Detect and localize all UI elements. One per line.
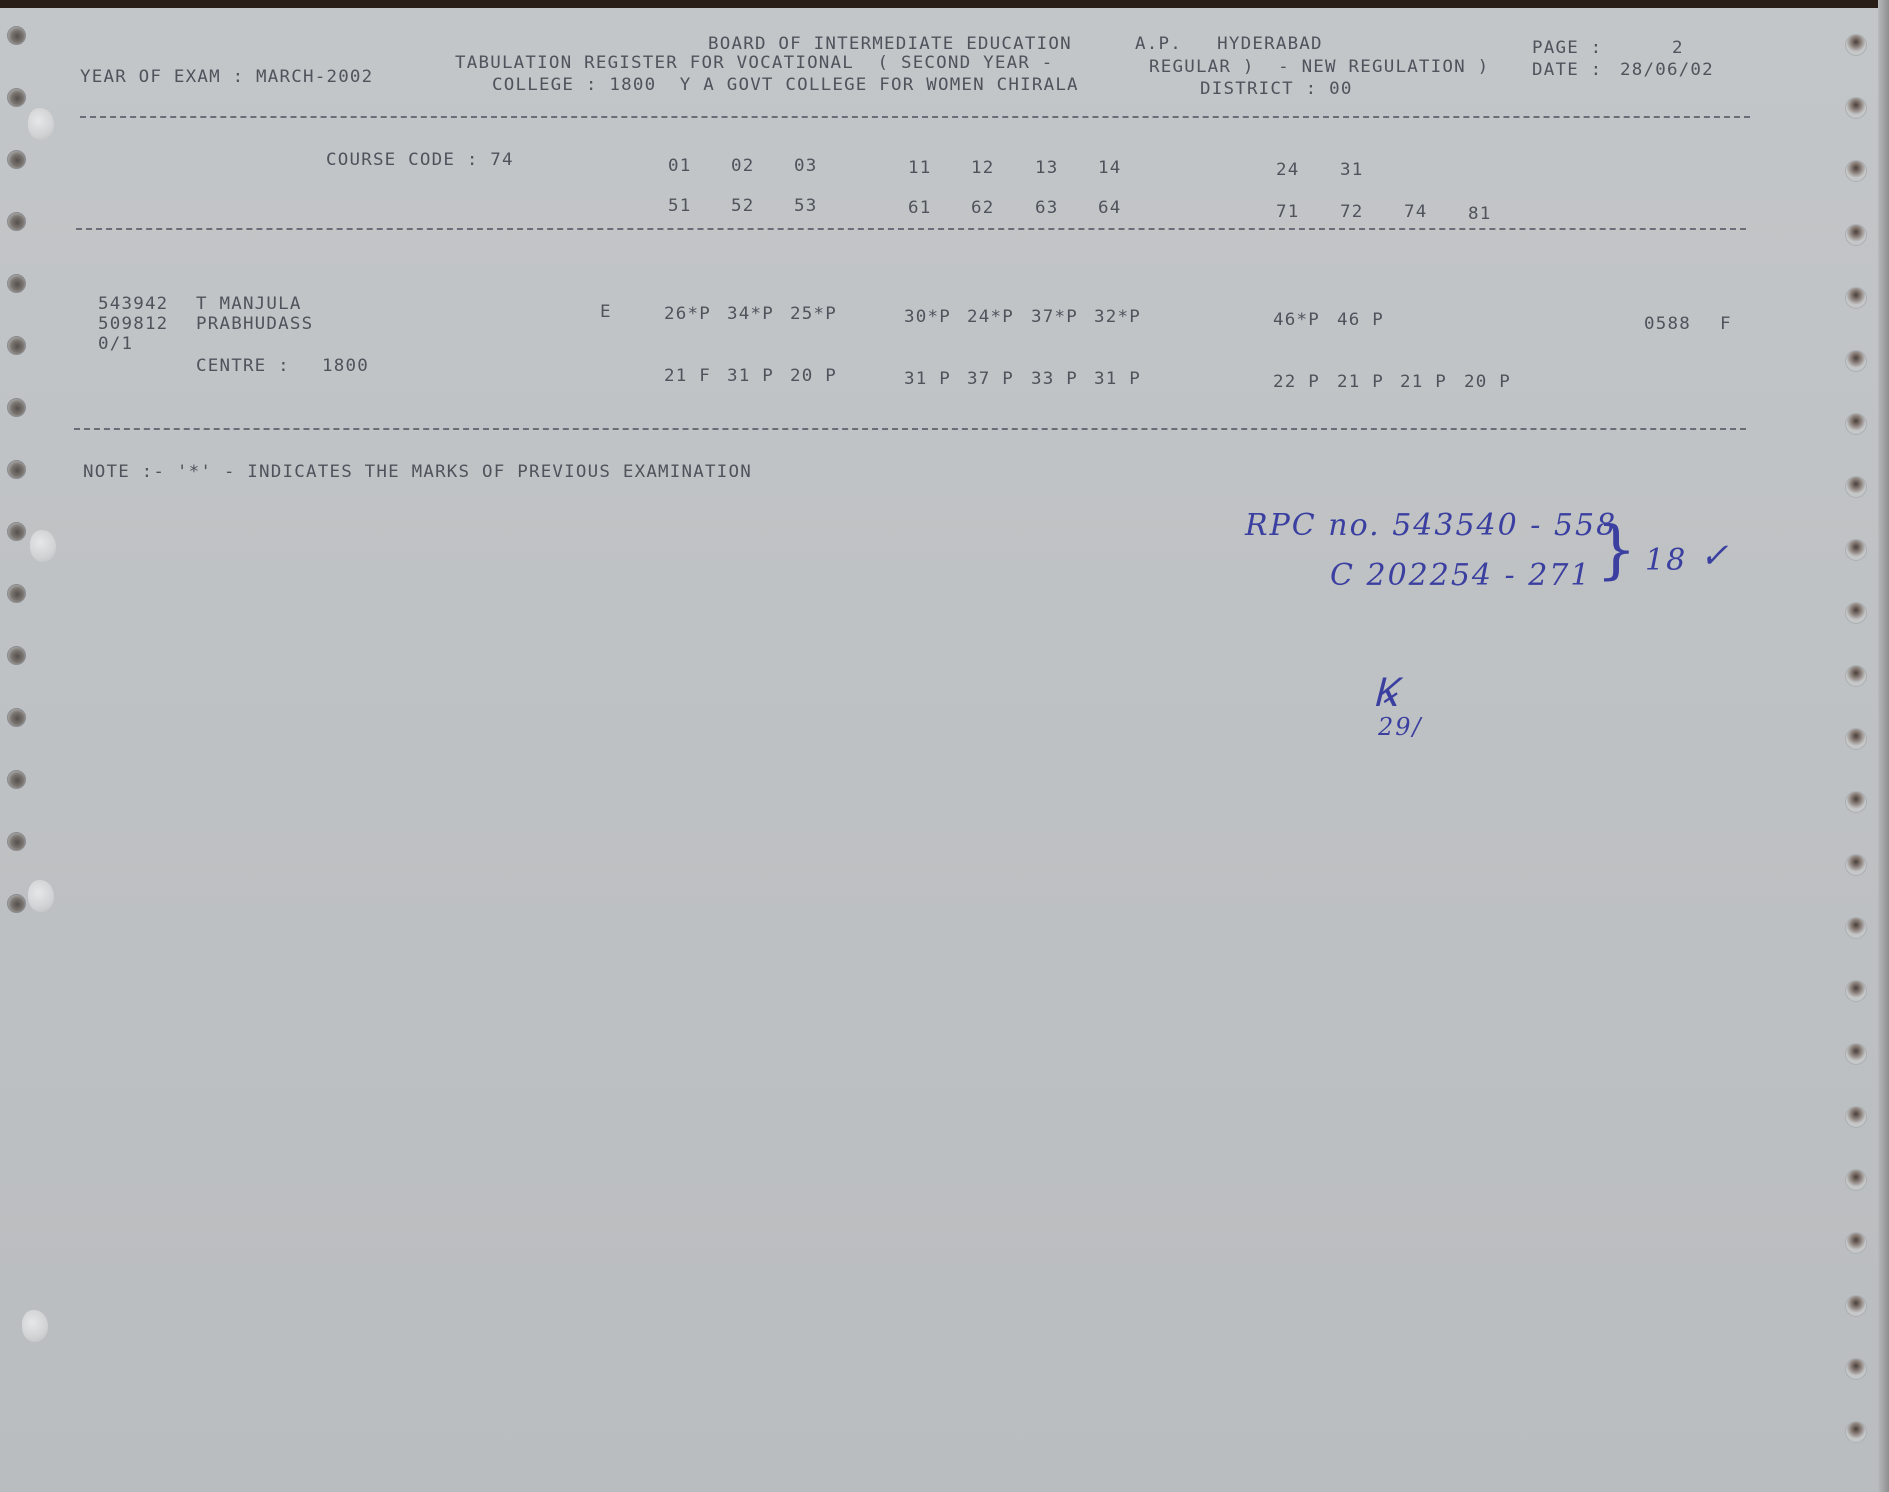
- medium: E: [600, 303, 612, 322]
- sprocket-hole-icon: [1845, 160, 1867, 182]
- paper-right-edge: [1878, 0, 1889, 1492]
- sprocket-hole-icon: [1845, 665, 1867, 687]
- mark-cell: 31 P: [904, 370, 951, 389]
- mark-cell: 30*P: [904, 308, 951, 327]
- total-marks: 0588: [1644, 315, 1691, 334]
- subject-code: 72: [1340, 203, 1363, 222]
- mark-cell: 37*P: [1031, 308, 1078, 327]
- sprocket-hole-icon: [1845, 980, 1867, 1002]
- tabulation-register-sheet: BOARD OF INTERMEDIATE EDUCATION A.P. HYD…: [0, 8, 1878, 1492]
- sprocket-hole-icon: [1845, 1043, 1867, 1065]
- mark-cell: 31 P: [1094, 370, 1141, 389]
- district-line: DISTRICT : 00: [1200, 80, 1353, 99]
- sprocket-hole-icon: [1845, 476, 1867, 498]
- subject-code: 03: [794, 157, 817, 176]
- subject-code: 24: [1276, 161, 1299, 180]
- handwritten-brace: }: [1596, 513, 1639, 587]
- subject-code: 11: [908, 159, 931, 178]
- handwritten-signature: Ꝃ: [1372, 663, 1399, 718]
- sprocket-hole-icon: [1845, 917, 1867, 939]
- mark-cell: 25*P: [790, 305, 837, 324]
- divider-codes: [76, 228, 1746, 230]
- year-of-exam: YEAR OF EXAM : MARCH-2002: [80, 68, 373, 87]
- punch-hole-icon: [7, 770, 26, 789]
- sprocket-hole-icon: [1845, 791, 1867, 813]
- sprocket-hole-icon: [1845, 287, 1867, 309]
- handwritten-initial-mark: ✓: [1700, 536, 1731, 576]
- subject-code: 81: [1468, 205, 1491, 224]
- previous-number: 509812: [98, 315, 168, 334]
- sprocket-hole-icon: [1845, 1421, 1867, 1443]
- mark-cell: 34*P: [727, 305, 774, 324]
- mark-cell: 22 P: [1273, 373, 1320, 392]
- subject-code: 01: [668, 157, 691, 176]
- subject-code: 31: [1340, 161, 1363, 180]
- subject-code: 53: [794, 197, 817, 216]
- date-value: 28/06/02: [1620, 61, 1714, 80]
- course-code-label: COURSE CODE : 74: [326, 151, 514, 170]
- hall-ticket-number: 543942: [98, 295, 168, 314]
- punch-hole-icon: [7, 894, 26, 913]
- punch-hole-icon: [7, 832, 26, 851]
- punch-hole-icon: [7, 212, 26, 231]
- footnote: NOTE :- '*' - INDICATES THE MARKS OF PRE…: [83, 463, 752, 482]
- divider-records: [74, 428, 1746, 430]
- date-label: DATE :: [1532, 61, 1602, 80]
- sprocket-hole-icon: [1845, 1232, 1867, 1254]
- handwritten-rpc-line2: C 202254 - 271: [1330, 558, 1591, 593]
- subject-code: 13: [1035, 159, 1058, 178]
- subject-code: 12: [971, 159, 994, 178]
- mark-cell: 21 P: [1337, 373, 1384, 392]
- mark-cell: 46*P: [1273, 311, 1320, 330]
- sprocket-hole-icon: [1845, 728, 1867, 750]
- punch-hole-icon: [7, 398, 26, 417]
- sprocket-hole-icon: [1845, 539, 1867, 561]
- punch-hole-icon: [7, 274, 26, 293]
- register-title: TABULATION REGISTER FOR VOCATIONAL ( SEC…: [455, 54, 1054, 73]
- mark-cell: 21 F: [664, 367, 711, 386]
- mark-cell: 24*P: [967, 308, 1014, 327]
- subject-code: 02: [731, 157, 754, 176]
- subject-code: 14: [1098, 159, 1121, 178]
- page-number: 2: [1672, 39, 1684, 58]
- subject-code: 61: [908, 199, 931, 218]
- mark-cell: 26*P: [664, 305, 711, 324]
- punch-hole-icon: [7, 522, 26, 541]
- mark-cell: 37 P: [967, 370, 1014, 389]
- sprocket-hole-icon: [1845, 602, 1867, 624]
- result: F: [1720, 315, 1732, 334]
- punch-hole-icon: [7, 88, 26, 107]
- student-name: T MANJULA: [196, 295, 302, 314]
- attempt: 0/1: [98, 335, 133, 354]
- punch-hole-icon: [7, 460, 26, 479]
- sprocket-hole-icon: [1845, 854, 1867, 876]
- paper-tear: [22, 1310, 48, 1342]
- sprocket-hole-icon: [1845, 97, 1867, 119]
- centre-label: CENTRE :: [196, 357, 290, 376]
- centre-value: 1800: [322, 357, 369, 376]
- sprocket-hole-icon: [1845, 1169, 1867, 1191]
- paper-tear: [28, 108, 54, 140]
- mark-cell: 33 P: [1031, 370, 1078, 389]
- mark-cell: 21 P: [1400, 373, 1447, 392]
- sprocket-hole-icon: [1845, 1295, 1867, 1317]
- sprocket-hole-icon: [1845, 350, 1867, 372]
- divider-header: [80, 116, 1750, 118]
- page-label: PAGE :: [1532, 39, 1602, 58]
- handwritten-count: 18: [1645, 543, 1687, 578]
- punch-hole-icon: [7, 336, 26, 355]
- punch-hole-icon: [7, 646, 26, 665]
- college-line: COLLEGE : 1800 Y A GOVT COLLEGE FOR WOME…: [492, 76, 1079, 95]
- punch-hole-icon: [7, 150, 26, 169]
- punch-hole-icon: [7, 708, 26, 727]
- mark-cell: 20 P: [1464, 373, 1511, 392]
- sprocket-hole-icon: [1845, 413, 1867, 435]
- sprocket-hole-icon: [1845, 34, 1867, 56]
- sprocket-hole-icon: [1845, 224, 1867, 246]
- subject-code: 62: [971, 199, 994, 218]
- subject-code: 51: [668, 197, 691, 216]
- sprocket-hole-icon: [1845, 1106, 1867, 1128]
- subject-code: 64: [1098, 199, 1121, 218]
- father-name: PRABHUDASS: [196, 315, 313, 334]
- subject-code: 52: [731, 197, 754, 216]
- paper-tear: [28, 880, 54, 912]
- handwritten-signature-date: 29/: [1378, 713, 1423, 741]
- board-location: A.P. HYDERABAD: [1135, 35, 1323, 54]
- subject-code: 74: [1404, 203, 1427, 222]
- mark-cell: 31 P: [727, 367, 774, 386]
- handwritten-rpc-line1: RPC no. 543540 - 558: [1245, 508, 1617, 543]
- sprocket-hole-icon: [1845, 1358, 1867, 1380]
- mark-cell: 20 P: [790, 367, 837, 386]
- paper-tear: [30, 530, 56, 562]
- regulation-label: REGULAR ) - NEW REGULATION ): [1149, 58, 1489, 77]
- subject-code: 71: [1276, 203, 1299, 222]
- subject-code: 63: [1035, 199, 1058, 218]
- mark-cell: 46 P: [1337, 311, 1384, 330]
- board-title: BOARD OF INTERMEDIATE EDUCATION: [708, 35, 1072, 54]
- punch-hole-icon: [7, 26, 26, 45]
- punch-hole-icon: [7, 584, 26, 603]
- mark-cell: 32*P: [1094, 308, 1141, 327]
